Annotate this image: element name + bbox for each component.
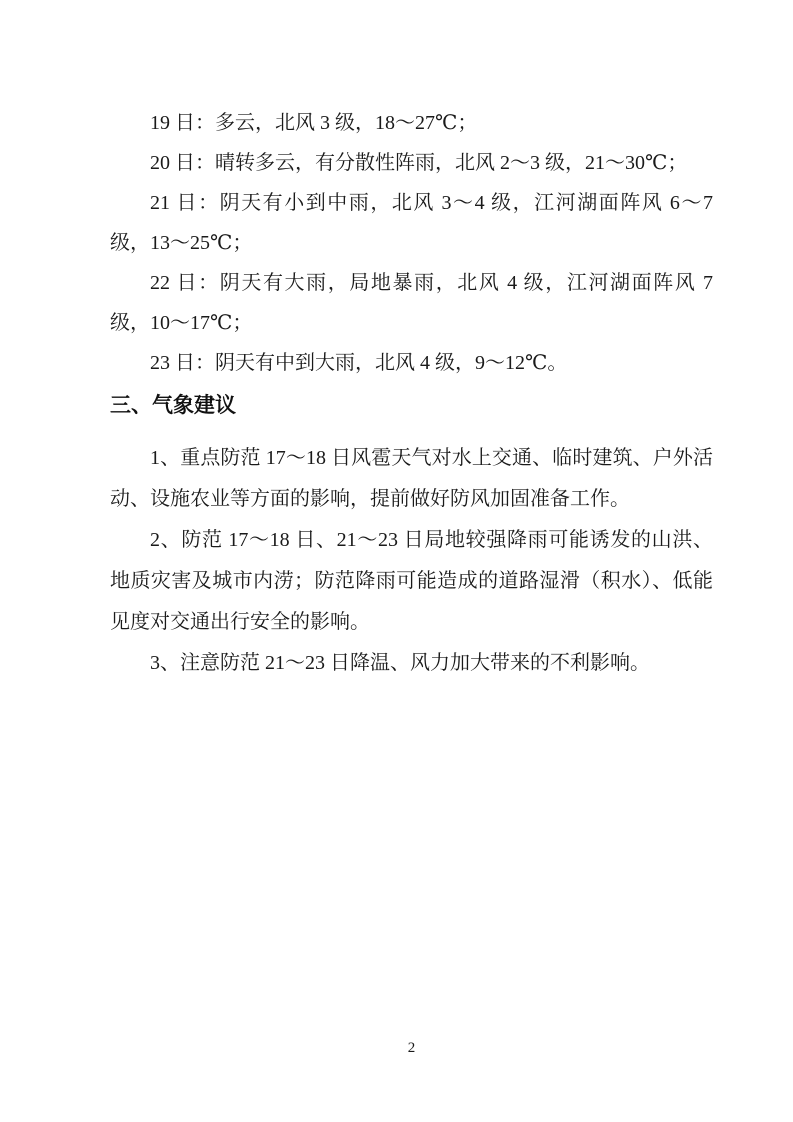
forecast-line-day22: 22 日：阴天有大雨，局地暴雨，北风 4 级，江河湖面阵风 7 级，10～17℃… (110, 263, 713, 343)
advice-paragraph-3: 3、注意防范 21～23 日降温、风力加大带来的不利影响。 (110, 643, 713, 684)
advice-paragraph-2: 2、防范 17～18 日、21～23 日局地较强降雨可能诱发的山洪、地质灾害及城… (110, 520, 713, 643)
document-body: 19 日：多云，北风 3 级，18～27℃； 20 日：晴转多云，有分散性阵雨，… (0, 0, 793, 684)
section-heading-weather-advice: 三、气象建议 (110, 391, 713, 421)
page-number: 2 (110, 1038, 713, 1058)
advice-paragraph-1: 1、重点防范 17～18 日风雹天气对水上交通、临时建筑、户外活动、设施农业等方… (110, 438, 713, 520)
forecast-line-day23: 23 日：阴天有中到大雨，北风 4 级，9～12℃。 (110, 343, 713, 383)
forecast-line-day21: 21 日：阴天有小到中雨，北风 3～4 级，江河湖面阵风 6～7 级，13～25… (110, 183, 713, 263)
forecast-line-day19: 19 日：多云，北风 3 级，18～27℃； (110, 103, 713, 143)
document-page: 19 日：多云，北风 3 级，18～27℃； 20 日：晴转多云，有分散性阵雨，… (0, 0, 793, 1122)
forecast-line-day20: 20 日：晴转多云，有分散性阵雨，北风 2～3 级，21～30℃； (110, 143, 713, 183)
